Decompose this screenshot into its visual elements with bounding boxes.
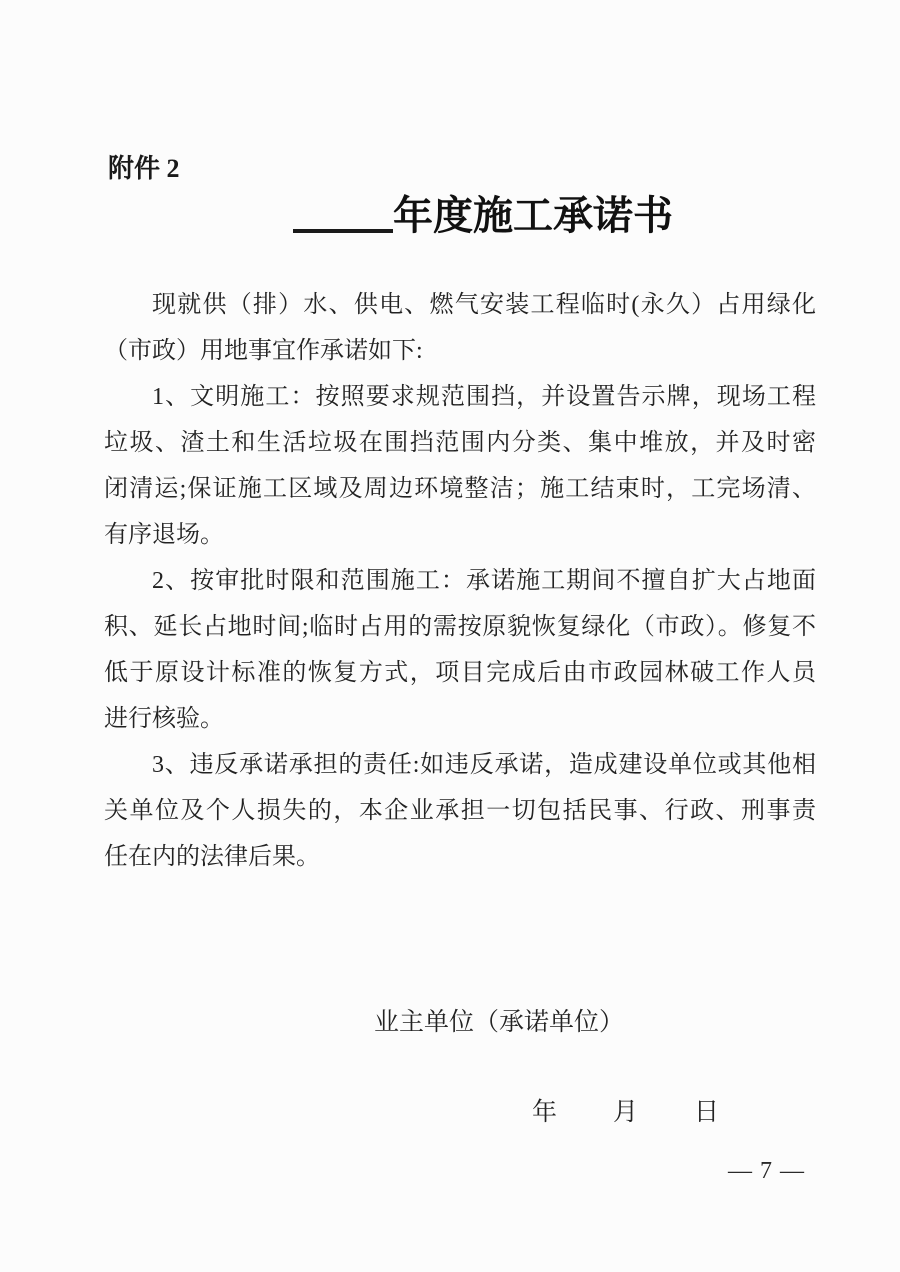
body-line: 现就供（排）水、供电、燃气安装工程临时(永久）占用绿化 [104, 282, 816, 328]
body-line: 有序退场。 [104, 512, 816, 558]
body-line: 2、按审批时限和范围施工：承诺施工期间不擅自扩大占地面 [104, 558, 816, 604]
title-blank-line [293, 229, 393, 233]
body-line: 3、违反承诺承担的责任:如违反承诺，造成建设单位或其他相 [104, 742, 816, 788]
date-line: 年 月 日 [532, 1092, 721, 1128]
page-number: — 7 — [728, 1158, 805, 1185]
owner-signature-line: 业主单位（承诺单位） [374, 1002, 624, 1038]
body-line: 低于原设计标准的恢复方式，项目完成后由市政园林破工作人员 [104, 650, 816, 696]
document-page: 附件 2 年度施工承诺书 现就供（排）水、供电、燃气安装工程临时(永久）占用绿化… [0, 0, 900, 1272]
document-title: 年度施工承诺书 [293, 190, 673, 242]
body-line: 任在内的法律后果。 [104, 834, 816, 880]
attachment-label: 附件 2 [108, 148, 180, 185]
body-line: 积、延长占地时间;临时占用的需按原貌恢复绿化（市政）。修复不 [104, 604, 816, 650]
body-line: （市政）用地事宜作承诺如下: [104, 328, 816, 374]
body-line: 闭清运;保证施工区域及周边环境整洁；施工结束时，工完场清、 [104, 466, 816, 512]
body-line: 关单位及个人损失的，本企业承担一切包括民事、行政、刑事责 [104, 788, 816, 834]
body-line: 进行核验。 [104, 696, 816, 742]
body-line: 1、文明施工：按照要求规范围挡，并设置告示牌，现场工程 [104, 374, 816, 420]
body-line: 垃圾、渣土和生活垃圾在围挡范围内分类、集中堆放，并及时密 [104, 420, 816, 466]
title-text: 年度施工承诺书 [393, 193, 673, 238]
body-text: 现就供（排）水、供电、燃气安装工程临时(永久）占用绿化（市政）用地事宜作承诺如下… [104, 282, 816, 880]
